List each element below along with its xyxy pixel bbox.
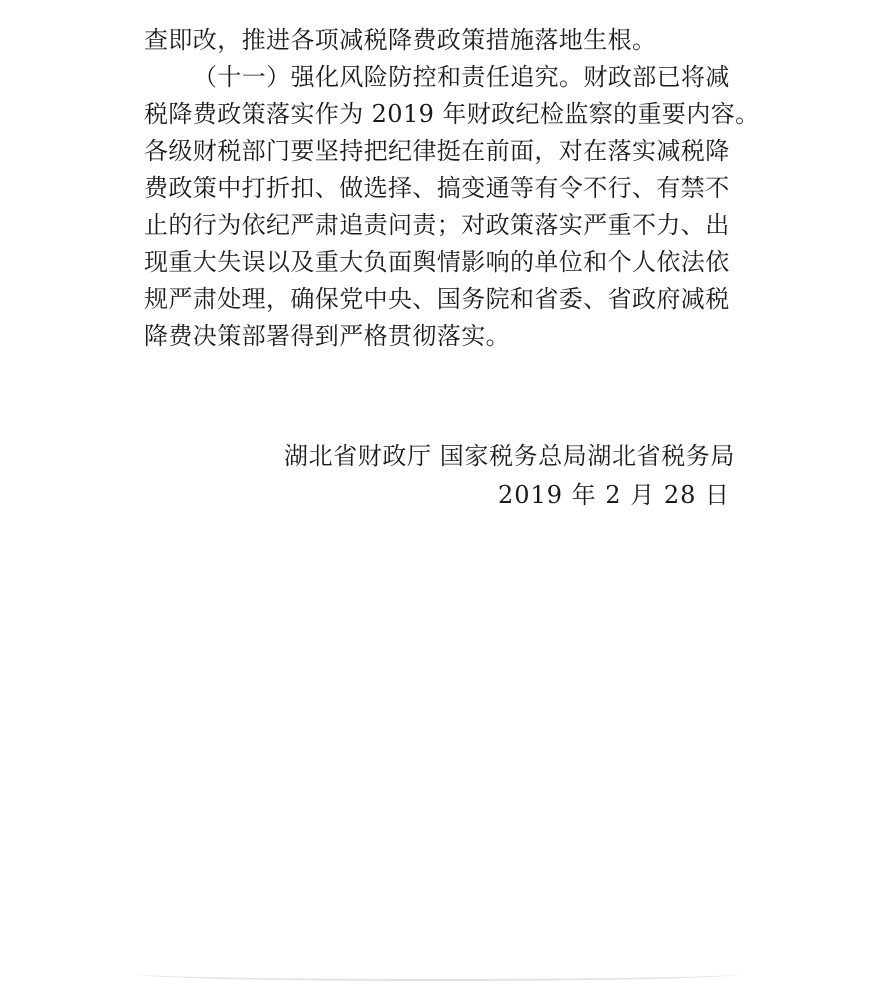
signature-date: 2019 年 2 月 28 日 (284, 476, 735, 515)
page-edge-shadow (137, 974, 739, 981)
document-page: 查即改，推进各项减税降费政策措施落地生根。 （十一）强化风险防控和责任追究。财政… (0, 0, 873, 982)
body-line: 止的行为依纪严肃追责问责；对政策落实严重不力、出 (144, 207, 736, 244)
body-line: 规严肃处理，确保党中央、国务院和省委、省政府减税 (144, 281, 736, 318)
document-body: 查即改，推进各项减税降费政策措施落地生根。 （十一）强化风险防控和责任追究。财政… (144, 22, 736, 355)
body-line: 降费决策部署得到严格贯彻落实。 (144, 318, 736, 355)
body-line: 现重大失误以及重大负面舆情影响的单位和个人依法依 (144, 244, 736, 281)
body-line: （十一）强化风险防控和责任追究。财政部已将减 (144, 59, 736, 96)
body-line: 费政策中打折扣、做选择、搞变通等有令不行、有禁不 (144, 170, 736, 207)
signature-issuers: 湖北省财政厅 国家税务总局湖北省税务局 (284, 437, 735, 476)
body-line: 税降费政策落实作为 2019 年财政纪检监察的重要内容。 (144, 96, 736, 133)
signature-block: 湖北省财政厅 国家税务总局湖北省税务局 2019 年 2 月 28 日 (284, 437, 735, 515)
body-line: 查即改，推进各项减税降费政策措施落地生根。 (144, 22, 736, 59)
body-line: 各级财税部门要坚持把纪律挺在前面，对在落实减税降 (144, 133, 736, 170)
